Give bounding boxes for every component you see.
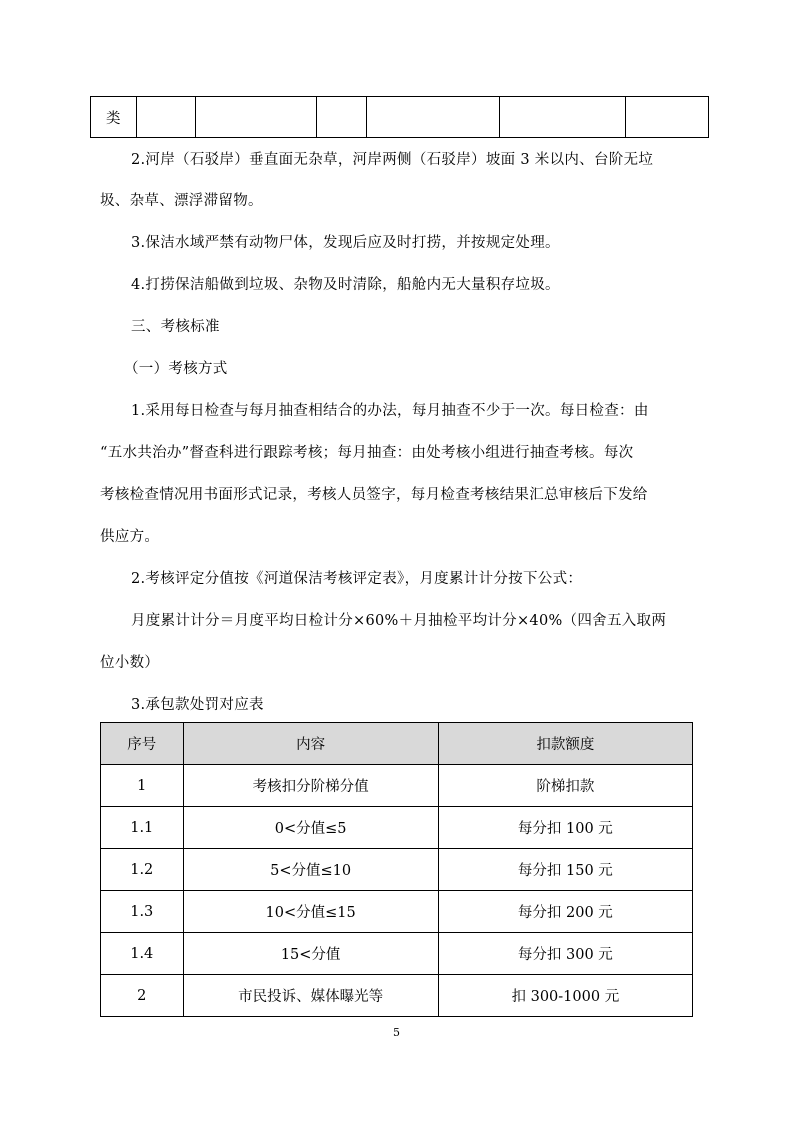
cell-index: 1.2 [101, 849, 184, 891]
table-cell [626, 97, 709, 138]
document-page: 类 2.河岸（石驳岸）垂直面无杂草，河岸两侧（石驳岸）坡面 3 米以内、台阶无垃… [0, 0, 793, 1122]
paragraph-animal-carcass: 3.保洁水域严禁有动物尸体，发现后应及时打捞，并按规定处理。 [131, 233, 560, 253]
cell-index: 1.4 [101, 933, 184, 975]
paragraph-inspection-line2: “五水共治办”督查科进行跟踪考核；每月抽查：由处考核小组进行抽查考核。每次 [100, 443, 633, 463]
cell-deduction: 每分扣 300 元 [438, 933, 692, 975]
column-header-deduction: 扣款额度 [438, 723, 692, 765]
section-heading: 三、考核标准 [131, 317, 220, 337]
table-cell: 类 [91, 97, 137, 138]
cell-deduction: 每分扣 100 元 [438, 807, 692, 849]
column-header-content: 内容 [183, 723, 438, 765]
cell-deduction: 每分扣 150 元 [438, 849, 692, 891]
cell-index: 1.3 [101, 891, 184, 933]
paragraph-scoring: 2.考核评定分值按《河道保洁考核评定表》，月度累计计分按下公式： [131, 569, 582, 589]
table-row: 1.4 15<分值 每分扣 300 元 [101, 933, 693, 975]
cell-index: 1 [101, 765, 184, 807]
cell-deduction: 扣 300-1000 元 [438, 975, 692, 1017]
cell-content: 0<分值≤5 [183, 807, 438, 849]
paragraph-inspection-line4: 供应方。 [100, 527, 159, 547]
continued-table: 类 [90, 96, 709, 138]
paragraph-inspection-line3: 考核检查情况用书面形式记录，考核人员签字，每月检查考核结果汇总审核后下发给 [100, 485, 648, 505]
paragraph-cleaning-boat: 4.打捞保洁船做到垃圾、杂物及时清除，船舱内无大量积存垃圾。 [131, 275, 560, 295]
table-cell [366, 97, 499, 138]
paragraph-riverbank-line2: 圾、杂草、漂浮滞留物。 [100, 191, 263, 211]
table-row: 2 市民投诉、媒体曝光等 扣 300-1000 元 [101, 975, 693, 1017]
penalty-table: 序号 内容 扣款额度 1 考核扣分阶梯分值 阶梯扣款 1.1 0<分值≤5 每分… [100, 722, 693, 1017]
table-cell [195, 97, 316, 138]
page-number: 5 [0, 1026, 793, 1039]
cell-deduction: 阶梯扣款 [438, 765, 692, 807]
table-row: 1.3 10<分值≤15 每分扣 200 元 [101, 891, 693, 933]
formula-line1: 月度累计计分＝月度平均日检计分×60%＋月抽检平均计分×40%（四舍五入取两 [131, 611, 666, 631]
table-cell [136, 97, 195, 138]
cell-index: 1.1 [101, 807, 184, 849]
table-cell [317, 97, 366, 138]
table-row: 1.2 5<分值≤10 每分扣 150 元 [101, 849, 693, 891]
cell-index: 2 [101, 975, 184, 1017]
table-row: 1 考核扣分阶梯分值 阶梯扣款 [101, 765, 693, 807]
cell-content: 市民投诉、媒体曝光等 [183, 975, 438, 1017]
table-row: 1.1 0<分值≤5 每分扣 100 元 [101, 807, 693, 849]
formula-line2: 位小数） [100, 653, 159, 673]
paragraph-inspection-line1: 1.采用每日检查与每月抽查相结合的办法，每月抽查不少于一次。每日检查：由 [131, 401, 649, 421]
cell-deduction: 每分扣 200 元 [438, 891, 692, 933]
table-row: 类 [91, 97, 709, 138]
table-header-row: 序号 内容 扣款额度 [101, 723, 693, 765]
column-header-index: 序号 [101, 723, 184, 765]
cell-content: 考核扣分阶梯分值 [183, 765, 438, 807]
cell-content: 10<分值≤15 [183, 891, 438, 933]
paragraph-riverbank-line1: 2.河岸（石驳岸）垂直面无杂草，河岸两侧（石驳岸）坡面 3 米以内、台阶无垃 [131, 150, 653, 170]
penalty-table-caption: 3.承包款处罚对应表 [131, 695, 264, 715]
cell-content: 5<分值≤10 [183, 849, 438, 891]
table-cell [499, 97, 625, 138]
cell-content: 15<分值 [183, 933, 438, 975]
subsection-heading: （一）考核方式 [124, 359, 228, 379]
